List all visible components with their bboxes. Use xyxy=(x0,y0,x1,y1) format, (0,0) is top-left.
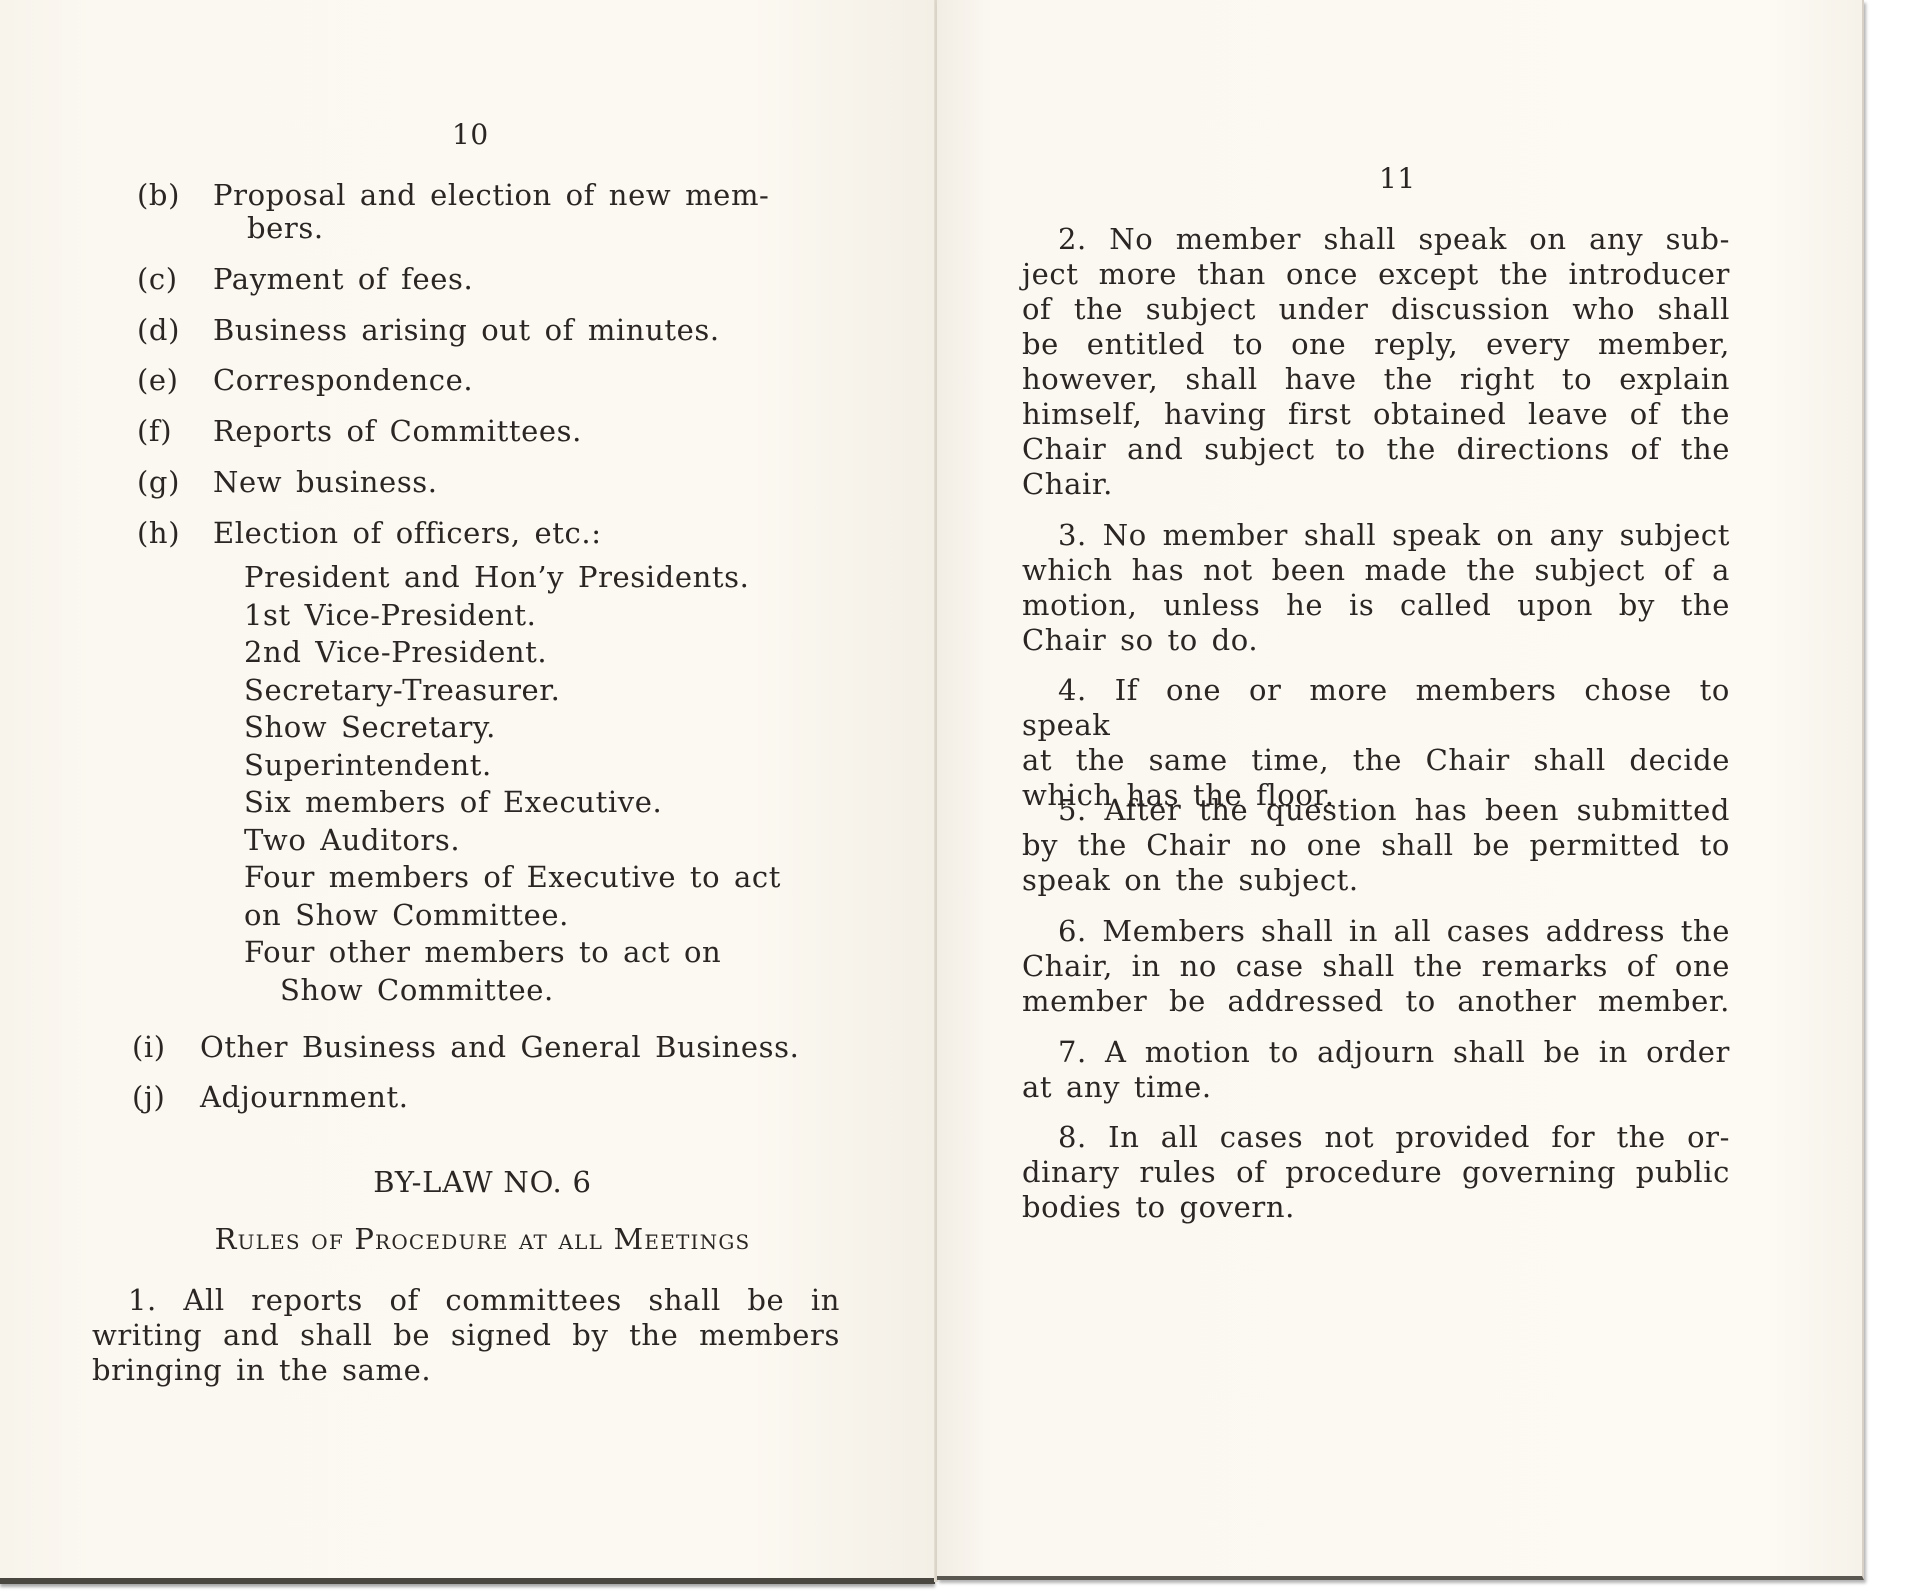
officer-item: Six members of Executive. xyxy=(244,785,864,823)
agenda-item-b: (b)Proposal and election of new mem- ber… xyxy=(137,178,857,246)
rule-line: 6. Members shall in all cases address th… xyxy=(1022,914,1730,949)
officer-item: Four members of Executive to act xyxy=(244,860,864,898)
item-text: Business arising out of minutes. xyxy=(213,313,720,347)
rule-line: bodies to govern. xyxy=(1022,1190,1730,1225)
rule-line: at the same time, the Chair shall decide xyxy=(1022,743,1730,778)
rule-line: bringing in the same. xyxy=(92,1353,840,1388)
bylaw-heading: BY-LAW NO. 6 xyxy=(0,1165,935,1199)
rule-line: Chair. xyxy=(1022,467,1730,502)
officer-item: Show Secretary. xyxy=(244,710,864,748)
rule-3: 3. No member shall speak on any subject … xyxy=(1022,518,1730,658)
book-spread: 10 (b)Proposal and election of new mem- … xyxy=(0,0,1913,1592)
rule-line: himself, having first obtained leave of … xyxy=(1022,397,1730,432)
officer-item: Four other members to act on xyxy=(244,935,864,973)
item-label: (d) xyxy=(137,313,213,348)
item-label: (f) xyxy=(137,414,213,449)
agenda-item-h: (h)Election of officers, etc.: xyxy=(137,516,857,551)
right-page: 11 2. No member shall speak on any sub- … xyxy=(937,0,1864,1580)
officer-item: 2nd Vice-President. xyxy=(244,635,864,673)
agenda-item-c: (c)Payment of fees. xyxy=(137,262,857,297)
rule-line: speak on the subject. xyxy=(1022,863,1730,898)
page-number: 11 xyxy=(1379,162,1416,195)
rule-5: 5. After the question has been submitted… xyxy=(1022,793,1730,898)
item-text: Other Business and General Business. xyxy=(200,1030,799,1064)
item-text: Election of officers, etc.: xyxy=(213,516,602,550)
rule-line: writing and shall be signed by the membe… xyxy=(92,1318,840,1353)
item-label: (e) xyxy=(137,363,213,398)
rule-line: be entitled to one reply, every member, xyxy=(1022,327,1730,362)
rule-line: 3. No member shall speak on any subject xyxy=(1022,518,1730,553)
rule-line: Chair so to do. xyxy=(1022,623,1730,658)
item-text: Payment of fees. xyxy=(213,262,473,296)
officer-item: Two Auditors. xyxy=(244,823,864,861)
rule-line: Chair, in no case shall the remarks of o… xyxy=(1022,949,1730,984)
officer-item: Secretary-Treasurer. xyxy=(244,673,864,711)
rule-line: 7. A motion to adjourn shall be in order xyxy=(1022,1035,1730,1070)
rule-line: 5. After the question has been submitted xyxy=(1022,793,1730,828)
agenda-item-j: (j)Adjournment. xyxy=(132,1080,852,1115)
officers-list: President and Hon’y Presidents. 1st Vice… xyxy=(244,560,864,1010)
item-text: Correspondence. xyxy=(213,363,473,397)
item-text: Adjournment. xyxy=(200,1080,409,1114)
rule-7: 7. A motion to adjourn shall be in order… xyxy=(1022,1035,1730,1105)
agenda-item-e: (e)Correspondence. xyxy=(137,363,857,398)
rule-1: 1. All reports of committees shall be in… xyxy=(92,1283,840,1388)
item-label: (j) xyxy=(132,1080,200,1115)
item-continuation: bers. xyxy=(137,211,857,246)
item-label: (i) xyxy=(132,1030,200,1065)
item-label: (g) xyxy=(137,465,213,500)
rule-4: 4. If one or more members chose to speak… xyxy=(1022,673,1730,813)
rule-8: 8. In all cases not provided for the or-… xyxy=(1022,1120,1730,1225)
item-label: (c) xyxy=(137,262,213,297)
officer-item: 1st Vice-President. xyxy=(244,598,864,636)
rule-line: motion, unless he is called upon by the xyxy=(1022,588,1730,623)
left-page: 10 (b)Proposal and election of new mem- … xyxy=(0,0,935,1584)
agenda-item-g: (g)New business. xyxy=(137,465,857,500)
rule-line: which has not been made the subject of a xyxy=(1022,553,1730,588)
rule-6: 6. Members shall in all cases address th… xyxy=(1022,914,1730,1019)
rule-line: of the subject under discussion who shal… xyxy=(1022,292,1730,327)
agenda-item-f: (f)Reports of Committees. xyxy=(137,414,857,449)
page-number: 10 xyxy=(452,118,489,151)
rule-line: dinary rules of procedure governing publ… xyxy=(1022,1155,1730,1190)
officer-item: President and Hon’y Presidents. xyxy=(244,560,864,598)
rule-line: member be addressed to another member. xyxy=(1022,984,1730,1019)
rule-line: 2. No member shall speak on any sub- xyxy=(1022,222,1730,257)
rule-line: 1. All reports of committees shall be in xyxy=(92,1283,840,1318)
rule-line: 4. If one or more members chose to speak xyxy=(1022,673,1730,743)
officer-item: Superintendent. xyxy=(244,748,864,786)
rule-line: ject more than once except the introduce… xyxy=(1022,257,1730,292)
rule-line: Chair and subject to the directions of t… xyxy=(1022,432,1730,467)
rule-line: however, shall have the right to explain xyxy=(1022,362,1730,397)
item-text: Proposal and election of new mem- xyxy=(213,178,769,212)
item-label: (b) xyxy=(137,178,213,213)
rule-line: 8. In all cases not provided for the or- xyxy=(1022,1120,1730,1155)
rule-line: by the Chair no one shall be permitted t… xyxy=(1022,828,1730,863)
item-text: New business. xyxy=(213,465,438,499)
agenda-item-d: (d)Business arising out of minutes. xyxy=(137,313,857,348)
officer-item: Show Committee. xyxy=(244,973,864,1011)
officer-item: on Show Committee. xyxy=(244,898,864,936)
item-text: Reports of Committees. xyxy=(213,414,582,448)
rule-2: 2. No member shall speak on any sub- jec… xyxy=(1022,222,1730,502)
section-heading: Rules of Procedure at all Meetings xyxy=(0,1222,935,1256)
item-label: (h) xyxy=(137,516,213,551)
rule-line: at any time. xyxy=(1022,1070,1730,1105)
agenda-item-i: (i)Other Business and General Business. xyxy=(132,1030,852,1065)
